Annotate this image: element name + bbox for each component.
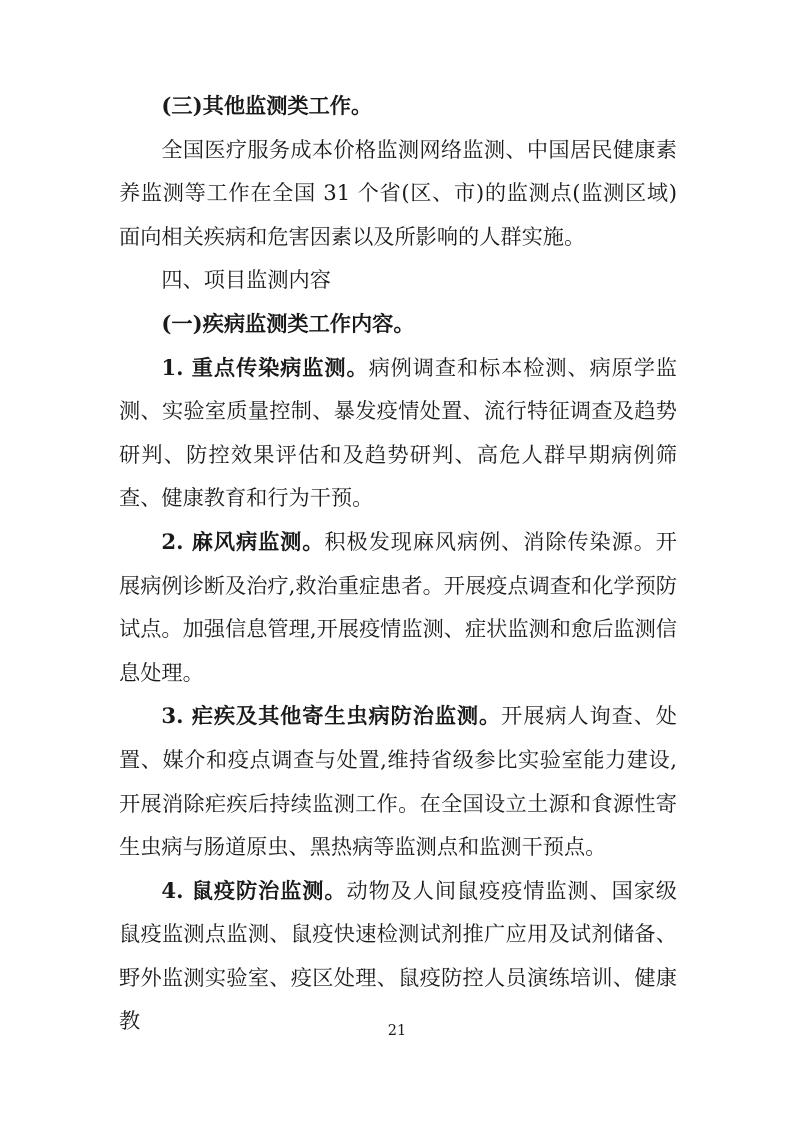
section-heading: 四、项目监测内容: [119, 258, 677, 302]
document-page: (三)其他监测类工作。全国医疗服务成本价格监测网络监测、中国居民健康素养监测等工…: [0, 0, 794, 1122]
numbered-item-lead: 4. 鼠疫防治监测。: [161, 878, 346, 903]
numbered-item-lead: 3. 疟疾及其他寄生虫病防治监测。: [161, 703, 501, 728]
page-number: 21: [0, 1021, 794, 1041]
numbered-paragraph: 3. 疟疾及其他寄生虫病防治监测。开展病人询查、处置、媒介和疫点调查与处置,维持…: [119, 694, 677, 868]
numbered-item-lead: 1. 重点传染病监测。: [161, 355, 368, 380]
numbered-item-lead: 2. 麻风病监测。: [161, 529, 324, 554]
subsection-heading: (三)其他监测类工作。: [119, 84, 677, 128]
numbered-paragraph: 4. 鼠疫防治监测。动物及人间鼠疫疫情监测、国家级鼠疫监测点监测、鼠疫快速检测试…: [119, 869, 677, 1043]
document-body: (三)其他监测类工作。全国医疗服务成本价格监测网络监测、中国居民健康素养监测等工…: [119, 84, 677, 1043]
numbered-paragraph: 1. 重点传染病监测。病例调查和标本检测、病原学监测、实验室质量控制、暴发疫情处…: [119, 346, 677, 520]
numbered-paragraph: 2. 麻风病监测。积极发现麻风病例、消除传染源。开展病例诊断及治疗,救治重症患者…: [119, 520, 677, 694]
paragraph: 全国医疗服务成本价格监测网络监测、中国居民健康素养监测等工作在全国 31 个省(…: [119, 128, 677, 259]
subsection-heading: (一)疾病监测类工作内容。: [119, 302, 677, 346]
